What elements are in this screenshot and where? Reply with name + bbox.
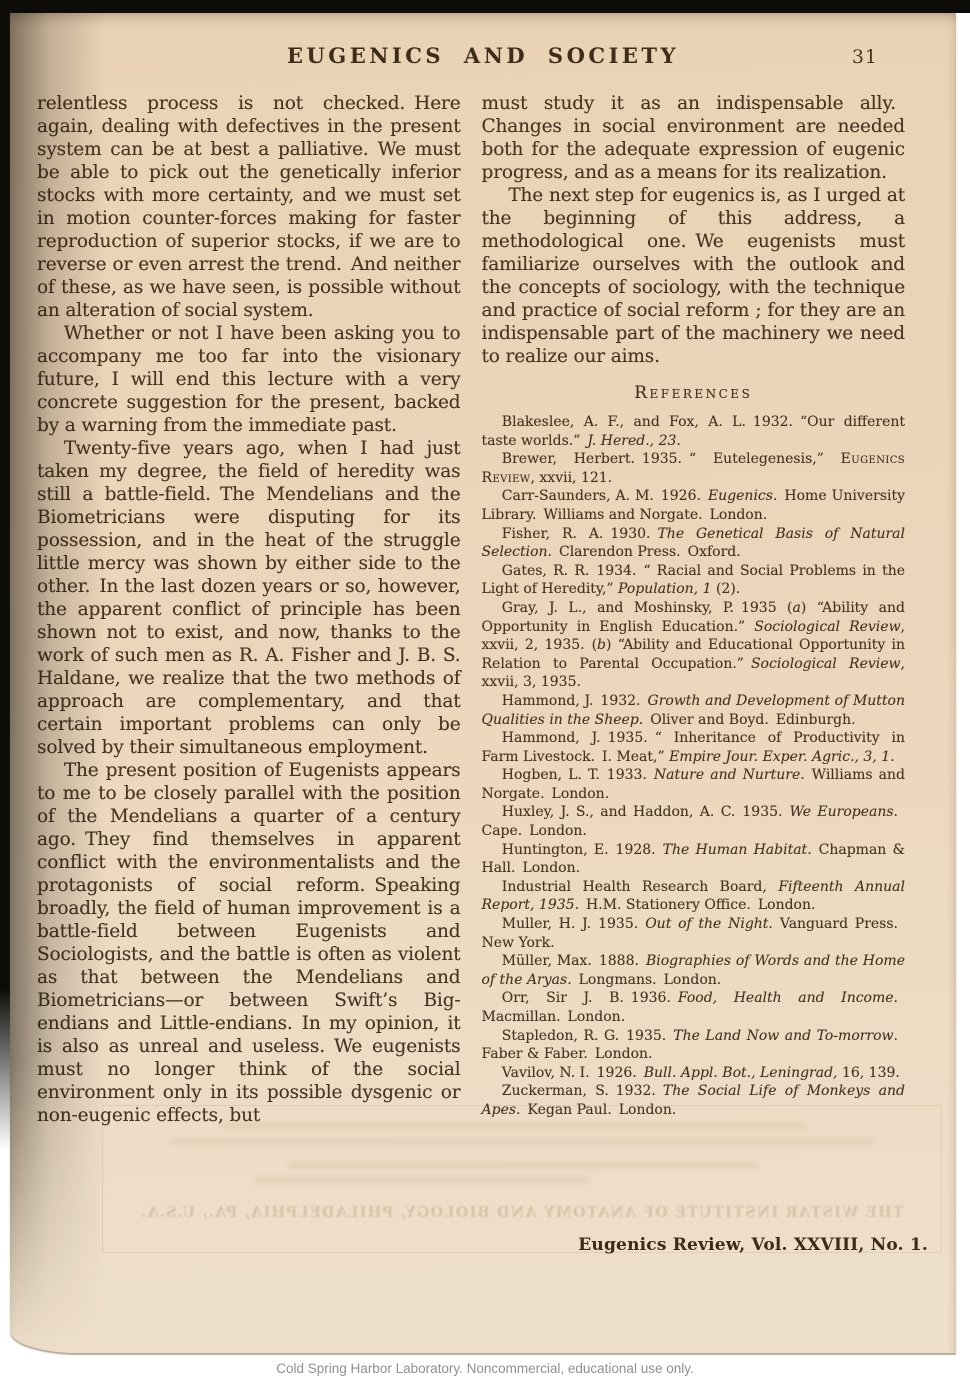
page-number: 31: [852, 46, 878, 68]
body-paragraph: relentless process is not checked. Here …: [37, 92, 461, 322]
reference-item: Hammond, J. 1935. “ Inheritance of Produ…: [482, 729, 906, 766]
showthrough-mirrored-text: THE WISTAR INSTITUTE OF ANATOMY AND BIOL…: [103, 1204, 941, 1221]
reference-item: Brewer, Herbert. 1935. “ Eutelegenesis,”…: [482, 450, 906, 487]
two-column-text: relentless process is not checked. Here …: [10, 68, 956, 1127]
journal-volume-footer: Eugenics Review, Vol. XXVIII, No. 1.: [578, 1235, 928, 1255]
page-title: EUGENICS AND SOCIETY: [287, 43, 679, 68]
body-paragraph: Twenty-five years ago, when I had just t…: [37, 437, 461, 759]
scan-top-edge: [0, 0, 970, 13]
reference-item: Gates, R. R. 1934. “ Racial and Social P…: [482, 562, 906, 599]
scan-left-edge: [0, 0, 10, 1150]
body-paragraph: must study it as an indispensable ally. …: [482, 92, 906, 184]
reference-item: Hogben, L. T. 1933. Nature and Nurture. …: [482, 766, 906, 803]
showthrough-text-bar: [170, 1138, 874, 1145]
body-paragraph: The present position of Eugenists appear…: [37, 759, 461, 1127]
left-column: relentless process is not checked. Here …: [37, 92, 461, 1127]
reference-item: Blakeslee, A. F., and Fox, A. L. 1932. “…: [482, 413, 906, 450]
reference-item: Fisher, R. A. 1930. The Genetical Basis …: [482, 525, 906, 562]
reference-item: Orr, Sir J. B. 1936. Food, Health and In…: [482, 989, 906, 1026]
scan-attribution-caption: Cold Spring Harbor Laboratory. Noncommer…: [0, 1361, 970, 1376]
page-header: EUGENICS AND SOCIETY 31: [10, 13, 956, 68]
references-heading: References: [482, 382, 906, 405]
showthrough-text-bar: [254, 1176, 589, 1183]
reference-item: Carr-Saunders, A. M. 1926. Eugenics. Hom…: [482, 487, 906, 524]
reference-item: Hammond, J. 1932. Growth and Development…: [482, 692, 906, 729]
reference-item: Müller, Max. 1888. Biographies of Words …: [482, 952, 906, 989]
reference-item: Muller, H. J. 1935. Out of the Night. Va…: [482, 915, 906, 952]
right-column: must study it as an indispensable ally. …: [482, 92, 906, 1127]
body-paragraph: The next step for eugenics is, as I urge…: [482, 184, 906, 368]
reference-item: Huntington, E. 1928. The Human Habitat. …: [482, 841, 906, 878]
reference-item: Stapledon, R. G. 1935. The Land Now and …: [482, 1027, 906, 1064]
scanned-page-background: EUGENICS AND SOCIETY 31 relentless proce…: [0, 0, 970, 1383]
body-paragraph: Whether or not I have been asking you to…: [37, 322, 461, 437]
reference-item: Gray, J. L., and Moshinsky, P. 1935 (a) …: [482, 599, 906, 692]
reference-item: Zuckerman, S. 1932. The Social Life of M…: [482, 1082, 906, 1119]
book-page: EUGENICS AND SOCIETY 31 relentless proce…: [10, 13, 956, 1353]
showthrough-text-bar: [287, 1162, 756, 1169]
reference-item: Vavilov, N. I. 1926. Bull. Appl. Bot., L…: [482, 1064, 906, 1083]
reference-item: Industrial Health Research Board, Fiftee…: [482, 878, 906, 915]
showthrough-box: THE WISTAR INSTITUTE OF ANATOMY AND BIOL…: [102, 1105, 942, 1253]
reference-item: Huxley, J. S., and Haddon, A. C. 1935. W…: [482, 803, 906, 840]
